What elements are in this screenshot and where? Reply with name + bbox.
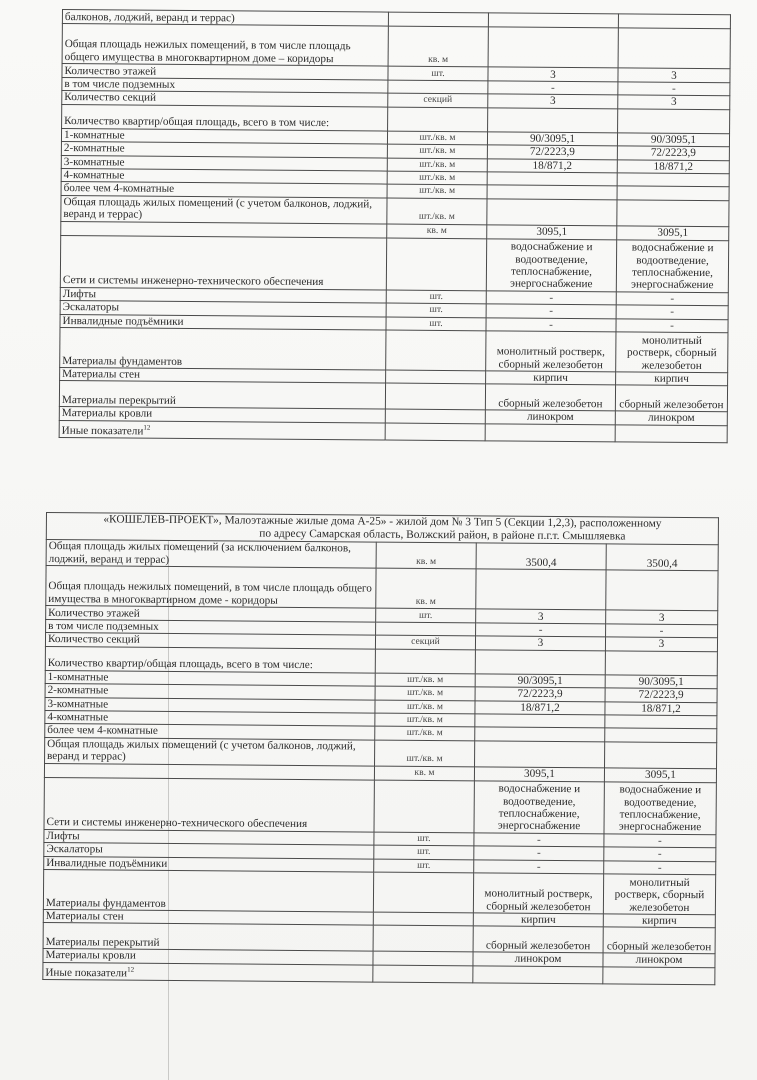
row-value-2: монолитный ростверк, сборный железобетон xyxy=(616,332,728,373)
row-unit-text: шт./кв. м xyxy=(419,132,455,143)
row-value-2: 18/871,2 xyxy=(605,702,717,716)
row-value-1: линокром xyxy=(473,952,603,966)
row-unit: шт. xyxy=(374,845,474,859)
row-value-1: 90/3095,1 xyxy=(475,674,605,688)
row-value-1 xyxy=(473,966,603,984)
row-value-1-text: - xyxy=(549,305,553,317)
row-value-1 xyxy=(487,199,617,226)
row-value-2-text: 3095,1 xyxy=(645,769,676,781)
row-value-1: водоснабжение и водоотведение, теплоснаб… xyxy=(474,781,604,834)
row-value-2-text: 3 xyxy=(671,69,677,81)
row-value-1-text: 3 xyxy=(550,68,556,80)
row-unit-text: шт. xyxy=(429,304,442,315)
row-label: Иные показатели12 xyxy=(59,420,385,440)
row-value-1: 3095,1 xyxy=(487,225,617,240)
row-value-1: сборный железобетон xyxy=(485,384,615,411)
row-value-2-text: 18/871,2 xyxy=(654,160,694,172)
row-label-text: Материалы фундаментов xyxy=(62,355,182,368)
row-unit: шт./кв. м xyxy=(387,144,487,158)
row-unit-text: шт. xyxy=(431,67,444,78)
row-value-2 xyxy=(615,425,727,443)
row-value-1 xyxy=(488,27,618,68)
row-unit: шт. xyxy=(376,608,476,623)
row-label-text: Инвалидные подъёмники xyxy=(63,315,184,328)
row-unit: шт. xyxy=(386,290,486,304)
row-unit-text: шт./кв. м xyxy=(419,172,455,183)
row-value-2-text: 90/3095,1 xyxy=(639,675,684,687)
row-value-2-text: линокром xyxy=(648,412,695,424)
row-value-1-text: - xyxy=(549,292,553,304)
row-value-2: 3 xyxy=(605,637,717,651)
row-unit: шт./кв. м xyxy=(387,171,487,185)
row-unit: шт./кв. м xyxy=(387,198,487,225)
footnote-marker: 12 xyxy=(143,424,150,432)
row-label-text: балконов, лоджий, веранд и террас) xyxy=(65,11,235,24)
row-value-1: монолитный ростверк, сборный железобетон xyxy=(486,331,616,372)
row-value-2-text: линокром xyxy=(636,954,683,966)
row-value-2: сборный железобетон xyxy=(603,927,715,954)
row-unit: секций xyxy=(388,93,488,107)
row-value-2-text: - xyxy=(670,319,674,331)
row-value-2 xyxy=(617,200,729,227)
row-unit: шт. xyxy=(388,66,488,81)
row-value-1: 18/871,2 xyxy=(475,701,605,715)
row-value-2: 3 xyxy=(618,95,730,109)
row-label-text: в том числе подземных xyxy=(48,620,159,633)
row-value-2: - xyxy=(606,624,718,638)
row-label-text: Количество секций xyxy=(48,633,140,646)
row-label-text: 3-комнатные xyxy=(64,156,125,168)
row-value-1: 72/2223,9 xyxy=(475,687,605,701)
row-value-1-text: монолитный ростверк, сборный железобетон xyxy=(497,346,605,371)
row-value-1-text: - xyxy=(549,318,553,330)
row-value-1: линокром xyxy=(485,410,615,424)
row-unit xyxy=(373,872,473,913)
footnote-marker: 12 xyxy=(127,966,134,974)
row-value-2: 72/2223,9 xyxy=(605,688,717,702)
table-row: Сети и системы инженерно-технического об… xyxy=(44,777,716,834)
row-value-2 xyxy=(617,186,729,200)
row-value-2 xyxy=(618,28,730,69)
row-unit: шт./кв. м xyxy=(375,686,475,700)
row-unit-text: кв. м xyxy=(416,556,436,567)
row-label: Материалы фундаментов xyxy=(43,870,373,913)
row-value-1: - xyxy=(486,304,616,318)
row-unit-text: шт./кв. м xyxy=(419,158,455,169)
row-value-1: 3 xyxy=(476,609,606,624)
indicators-table-top: балконов, лоджий, веранд и террас)Общая … xyxy=(59,9,731,443)
row-label-text: более чем 4-комнатные xyxy=(64,182,175,195)
row-unit-text: шт./кв. м xyxy=(419,185,455,196)
row-value-2: 3500,4 xyxy=(606,544,718,571)
row-label: Общая площадь жилых помещений (с учетом … xyxy=(61,195,387,224)
row-value-1-text: 3095,1 xyxy=(536,226,567,238)
row-unit xyxy=(373,912,473,926)
row-value-1: 3 xyxy=(488,94,618,108)
row-value-2: - xyxy=(616,305,728,319)
row-value-2-text: монолитный ростверк, сборный железобетон xyxy=(615,876,705,913)
row-label: Материалы фундаментов xyxy=(60,328,386,371)
row-value-1: 3095,1 xyxy=(474,767,604,782)
row-unit-text: шт. xyxy=(417,833,430,844)
row-value-1-text: линокром xyxy=(527,411,574,423)
row-label-text: Количество квартир/общая площадь, всего … xyxy=(64,115,329,129)
row-unit: шт./кв. м xyxy=(387,158,487,172)
row-label: Общая площадь жилых помещений (с учетом … xyxy=(45,737,375,766)
row-value-2-text: 3 xyxy=(671,96,677,108)
row-unit-text: шт./кв. м xyxy=(419,211,455,222)
row-unit xyxy=(388,107,488,132)
row-value-2-text: кирпич xyxy=(654,373,689,385)
row-value-1 xyxy=(487,185,617,199)
row-value-1-text: 90/3095,1 xyxy=(530,132,575,144)
row-label-text: Сети и системы инженерно-технического об… xyxy=(47,816,308,830)
row-value-2: водоснабжение и водоотведение, теплоснаб… xyxy=(604,782,716,835)
row-unit xyxy=(373,952,473,966)
row-label-text: Материалы перекрытий xyxy=(62,394,176,407)
table-row: Общая площадь нежилых помещений, в том ч… xyxy=(46,566,718,611)
row-value-2-text: - xyxy=(672,83,676,95)
row-value-1: кирпич xyxy=(473,913,603,927)
row-value-2: - xyxy=(604,834,716,848)
row-label-text: Количество секций xyxy=(64,91,156,104)
row-value-1: - xyxy=(474,833,604,847)
row-unit xyxy=(386,370,486,384)
row-value-1-text: 3095,1 xyxy=(524,768,555,780)
row-label-text: 3-комнатные xyxy=(47,698,108,710)
row-value-2-text: монолитный ростверк, сборный железобетон xyxy=(627,334,717,371)
row-label-text: Эскалаторы xyxy=(63,301,119,313)
row-value-2: 18/871,2 xyxy=(617,159,729,173)
row-label: Общая площадь нежилых помещений, в том ч… xyxy=(46,566,376,609)
row-value-1-text: сборный железобетон xyxy=(486,940,590,953)
row-unit xyxy=(385,410,485,424)
row-unit: шт./кв. м xyxy=(375,740,475,767)
row-label-text: Общая площадь жилых помещений (с учетом … xyxy=(47,738,356,763)
row-unit: кв. м xyxy=(376,542,476,569)
row-value-2 xyxy=(617,173,729,187)
row-unit-text: шт./кв. м xyxy=(407,674,443,685)
row-value-1: 72/2223,9 xyxy=(487,145,617,159)
row-value-2: 90/3095,1 xyxy=(617,133,729,147)
row-value-2-text: - xyxy=(660,625,664,637)
row-label: Количество квартир/общая площадь, всего … xyxy=(45,646,375,673)
row-value-1-text: 18/871,2 xyxy=(533,159,573,171)
row-unit: шт./кв. м xyxy=(387,184,487,198)
row-value-1: монолитный ростверк, сборный железобетон xyxy=(473,873,603,914)
row-value-2 xyxy=(606,570,718,611)
table-row: Общая площадь нежилых помещений, в том ч… xyxy=(62,24,730,69)
row-unit-text: шт./кв. м xyxy=(407,687,443,698)
row-value-2-text: 18/871,2 xyxy=(641,702,681,714)
row-value-2: линокром xyxy=(615,411,727,425)
row-value-1 xyxy=(487,172,617,186)
row-unit xyxy=(386,238,486,291)
row-unit-text: секций xyxy=(423,94,452,105)
row-unit-text: шт./кв. м xyxy=(407,753,443,764)
row-value-2: монолитный ростверк, сборный железобетон xyxy=(603,874,715,915)
row-label-text: в том числе подземных xyxy=(64,78,175,91)
row-value-2: - xyxy=(604,861,716,875)
row-value-1: - xyxy=(488,81,618,95)
row-label-text: Иные показатели xyxy=(62,425,144,438)
row-unit: шт./кв. м xyxy=(375,727,475,741)
row-value-1 xyxy=(488,13,618,28)
row-value-2-text: - xyxy=(670,306,674,318)
row-unit xyxy=(375,649,475,674)
row-unit: шт./кв. м xyxy=(375,673,475,687)
row-value-2: 3 xyxy=(606,610,718,625)
row-value-2: 3 xyxy=(618,68,730,83)
row-unit-text: кв. м xyxy=(416,596,436,607)
row-label-text: 4-комнатные xyxy=(47,711,108,723)
row-value-2 xyxy=(618,14,730,29)
row-unit: кв. м xyxy=(388,26,488,67)
row-value-1 xyxy=(475,650,605,675)
row-value-1-text: линокром xyxy=(515,953,562,965)
row-value-1 xyxy=(475,741,605,768)
row-label-text: 1-комнатные xyxy=(64,129,125,141)
row-value-2-text: 3095,1 xyxy=(657,227,688,239)
row-label-text: Количество этажей xyxy=(64,65,156,78)
row-unit xyxy=(385,384,485,411)
table-row: Материалы фундаментовмонолитный ростверк… xyxy=(43,870,715,915)
row-label-text: Инвалидные подъёмники xyxy=(46,857,167,870)
row-unit: кв. м xyxy=(374,766,474,781)
row-unit-text: шт./кв. м xyxy=(407,700,443,711)
row-unit-text: кв. м xyxy=(428,53,448,64)
row-label-text: 2-комнатные xyxy=(48,684,109,696)
row-value-2: кирпич xyxy=(616,372,728,386)
row-value-1-text: 18/871,2 xyxy=(520,701,560,713)
row-value-2-text: водоснабжение и водоотведение, теплоснаб… xyxy=(631,242,713,292)
row-value-1 xyxy=(475,727,605,741)
row-label-text: Материалы фундаментов xyxy=(46,897,166,910)
row-value-1: 3 xyxy=(475,636,605,650)
row-unit: кв. м xyxy=(387,224,487,239)
indicators-table-house-3: «КОШЕЛЕВ-ПРОЕКТ», Малоэтажные жилые дома… xyxy=(42,512,719,985)
row-unit-text: шт./кв. м xyxy=(407,727,443,738)
row-label-text: Количество этажей xyxy=(48,607,140,620)
row-unit: секций xyxy=(375,635,475,649)
row-label-text: Материалы стен xyxy=(46,910,124,923)
row-value-1: 3 xyxy=(488,67,618,82)
row-value-1-text: сборный железобетон xyxy=(498,398,602,411)
row-value-1: - xyxy=(476,623,606,637)
row-unit xyxy=(376,622,476,636)
row-value-2-text: 3 xyxy=(659,611,665,623)
row-value-2-text: 3500,4 xyxy=(647,557,678,569)
row-value-1-text: монолитный ростверк, сборный железобетон xyxy=(484,888,592,913)
row-unit-text: шт./кв. м xyxy=(407,714,443,725)
row-unit xyxy=(386,330,486,371)
row-unit: шт./кв. м xyxy=(375,713,475,727)
row-label-text: Материалы стен xyxy=(62,368,140,381)
row-unit-text: секций xyxy=(411,636,440,647)
row-value-1: - xyxy=(486,317,616,331)
row-unit xyxy=(388,12,488,27)
row-label-text: Сети и системы инженерно-технического об… xyxy=(63,274,324,288)
row-label-text: Лифты xyxy=(63,288,96,300)
row-value-2 xyxy=(618,109,730,134)
row-label: Сети и системы инженерно-технического об… xyxy=(60,235,386,290)
row-unit xyxy=(388,80,488,94)
table-row: Материалы фундаментовмонолитный ростверк… xyxy=(60,328,728,373)
row-label-text: 2-комнатные xyxy=(64,142,125,154)
row-label-text: 1-комнатные xyxy=(48,671,109,683)
scanned-document-page: балконов, лоджий, веранд и террас)Общая … xyxy=(0,0,757,1080)
row-value-1: - xyxy=(486,291,616,305)
row-unit: кв. м xyxy=(376,568,476,609)
row-value-1: 18/871,2 xyxy=(487,158,617,172)
row-value-1-text: 72/2223,9 xyxy=(530,146,575,158)
row-value-2-text: - xyxy=(658,835,662,847)
row-unit-text: шт./кв. м xyxy=(419,145,455,156)
row-unit: шт. xyxy=(374,859,474,873)
row-value-1: 90/3095,1 xyxy=(487,132,617,146)
row-label: Общая площадь жилых помещений (за исключ… xyxy=(46,540,376,569)
row-value-2-text: - xyxy=(670,293,674,305)
row-value-2 xyxy=(605,651,717,676)
row-label: Сети и системы инженерно-технического об… xyxy=(44,777,374,832)
row-unit: шт./кв. м xyxy=(375,700,475,714)
row-value-2-text: 72/2223,9 xyxy=(651,147,696,159)
row-value-2 xyxy=(605,742,717,769)
row-value-2-text: сборный железобетон xyxy=(607,940,711,953)
row-value-2-text: 72/2223,9 xyxy=(639,689,684,701)
row-value-1: кирпич xyxy=(486,371,616,385)
row-value-1-text: 90/3095,1 xyxy=(518,675,563,687)
row-unit-text: шт. xyxy=(419,610,432,621)
row-unit-text: шт. xyxy=(417,860,430,871)
row-unit: шт. xyxy=(386,317,486,331)
row-value-2-text: 90/3095,1 xyxy=(651,133,696,145)
row-unit: шт. xyxy=(374,832,474,846)
row-label-text: более чем 4-комнатные xyxy=(47,724,158,737)
row-label-text: Иные показатели xyxy=(45,967,127,980)
row-value-1: сборный железобетон xyxy=(473,926,603,953)
row-label-text: Общая площадь жилых помещений (за исключ… xyxy=(49,540,351,565)
row-value-1-text: - xyxy=(537,847,541,859)
row-value-1: 3500,4 xyxy=(476,543,606,570)
row-unit: шт. xyxy=(386,303,486,317)
row-value-1: водоснабжение и водоотведение, теплоснаб… xyxy=(486,239,616,292)
row-value-2-text: - xyxy=(658,861,662,873)
row-value-1-text: - xyxy=(537,834,541,846)
row-value-1 xyxy=(485,424,615,442)
row-value-1 xyxy=(476,569,606,610)
row-value-1-text: кирпич xyxy=(533,372,568,384)
row-unit: шт./кв. м xyxy=(387,131,487,145)
row-label-text: Общая площадь нежилых помещений, в том ч… xyxy=(65,38,351,65)
row-value-2-text: 3 xyxy=(659,638,665,650)
row-value-1-text: водоснабжение и водоотведение, теплоснаб… xyxy=(498,783,580,833)
row-value-1-text: водоснабжение и водоотведение, теплоснаб… xyxy=(510,241,592,291)
row-value-1-text: - xyxy=(539,624,543,636)
row-value-2: 3095,1 xyxy=(604,768,716,783)
row-value-2: 90/3095,1 xyxy=(605,675,717,689)
row-value-2: - xyxy=(604,847,716,861)
row-value-2 xyxy=(605,715,717,729)
row-label-text: Материалы кровли xyxy=(62,407,152,420)
row-label: Материалы перекрытий xyxy=(59,381,385,410)
row-unit-text: шт. xyxy=(417,846,430,857)
row-label: Материалы перекрытий xyxy=(43,923,373,952)
row-label-text: Лифты xyxy=(46,830,79,842)
row-value-2: - xyxy=(618,82,730,96)
row-value-1 xyxy=(488,108,618,133)
row-value-2: водоснабжение и водоотведение, теплоснаб… xyxy=(616,240,728,293)
row-value-2: кирпич xyxy=(603,914,715,928)
row-unit-text: кв. м xyxy=(427,225,447,236)
row-value-2: сборный железобетон xyxy=(615,385,727,412)
row-label-text: Количество квартир/общая площадь, всего … xyxy=(48,657,313,671)
row-label-text: Общая площадь жилых помещений (с учетом … xyxy=(63,196,372,221)
row-value-2-text: водоснабжение и водоотведение, теплоснаб… xyxy=(619,784,701,834)
row-label: Иные показатели12 xyxy=(43,962,373,982)
row-value-2: 72/2223,9 xyxy=(617,146,729,160)
table-row: Сети и системы инженерно-технического об… xyxy=(60,235,728,292)
row-value-1-text: 72/2223,9 xyxy=(518,688,563,700)
row-label-text: Эскалаторы xyxy=(46,843,102,855)
row-unit-text: шт. xyxy=(430,291,443,302)
row-label-text: 4-комнатные xyxy=(64,169,125,181)
row-value-2-text: - xyxy=(658,848,662,860)
row-value-1: - xyxy=(474,846,604,860)
row-value-2: - xyxy=(616,292,728,306)
row-unit xyxy=(373,926,473,953)
row-value-1: - xyxy=(474,860,604,874)
row-label-text: Общая площадь нежилых помещений, в том ч… xyxy=(48,580,372,606)
row-unit xyxy=(374,780,474,833)
row-unit-text: шт. xyxy=(429,318,442,329)
row-value-2-text: сборный железобетон xyxy=(619,398,723,411)
row-label: Общая площадь нежилых помещений, в том ч… xyxy=(62,24,388,67)
row-value-2-text: кирпич xyxy=(642,915,677,927)
row-value-1 xyxy=(475,714,605,728)
row-label-text: Материалы кровли xyxy=(45,949,135,962)
row-value-1-text: 3500,4 xyxy=(526,556,557,568)
row-value-2 xyxy=(605,728,717,742)
row-value-1-text: 3 xyxy=(538,637,544,649)
row-value-2: линокром xyxy=(603,953,715,967)
row-label-text: Материалы перекрытий xyxy=(46,936,160,949)
row-unit-text: кв. м xyxy=(414,767,434,778)
row-value-2 xyxy=(603,967,715,985)
row-value-1-text: 3 xyxy=(550,95,556,107)
row-value-2: 3095,1 xyxy=(617,226,729,241)
row-unit xyxy=(385,423,485,441)
row-value-1-text: кирпич xyxy=(521,914,556,926)
row-label: Количество квартир/общая площадь, всего … xyxy=(62,104,388,131)
row-value-1-text: 3 xyxy=(538,610,544,622)
row-value-1-text: - xyxy=(551,82,555,94)
row-value-2: - xyxy=(616,319,728,333)
row-value-1-text: - xyxy=(537,861,541,873)
row-unit xyxy=(373,965,473,983)
